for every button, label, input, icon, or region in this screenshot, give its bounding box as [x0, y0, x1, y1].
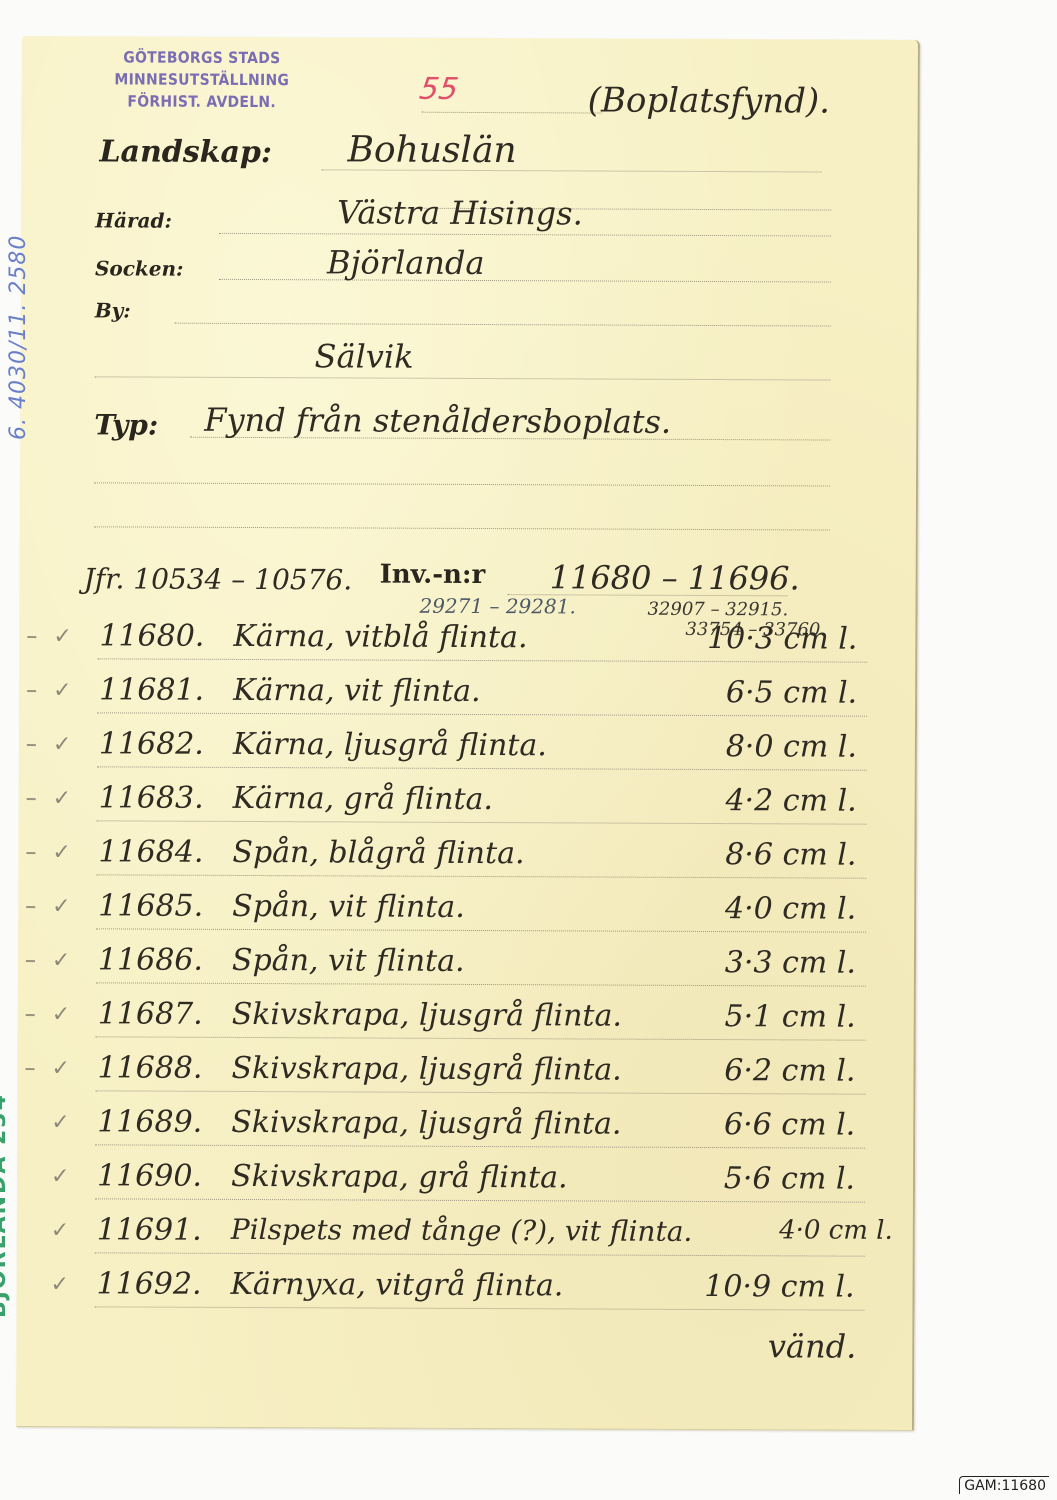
dotted-line: [97, 658, 867, 662]
item-row: ✓ 11692. Kärnyxa, vitgrå flinta. 10·9 cm…: [16, 1270, 912, 1320]
item-measurement: 6·6 cm l.: [724, 1107, 855, 1143]
item-number: 11689.: [97, 1104, 202, 1139]
landskap-value: Bohuslän: [347, 129, 516, 171]
archive-id-label: GAM:11680: [959, 1476, 1049, 1494]
extra-range: 29271 – 29281.: [419, 594, 575, 619]
item-row: ✓ 11680. Kärna, vitblå flinta. 10·3 cm l…: [19, 622, 915, 672]
socken-label: Socken:: [95, 256, 184, 280]
item-number: 11691.: [97, 1212, 202, 1247]
item-measurement: 5·6 cm l.: [724, 1161, 855, 1197]
item-number: 11682.: [99, 726, 204, 761]
pencil-dash-mark: [26, 852, 35, 854]
item-number: 11684.: [98, 834, 203, 869]
check-mark-icon: ✓: [51, 1218, 70, 1243]
dotted-line: [95, 1144, 865, 1148]
item-measurement: 4·2 cm l.: [725, 783, 856, 819]
check-mark-icon: ✓: [52, 840, 71, 865]
check-mark-icon: ✓: [51, 1164, 70, 1189]
card-number: 55: [417, 72, 460, 107]
item-measurement: 3·3 cm l.: [725, 945, 856, 981]
catalog-card: GÖTEBORGS STADS MINNESUTSTÄLLNING FÖRHIS…: [16, 36, 920, 1431]
item-measurement: 8·0 cm l.: [726, 729, 857, 765]
stamp-line: FÖRHIST. AVDELN.: [92, 90, 312, 113]
item-number: 11692.: [96, 1266, 201, 1301]
item-row: ✓ 11690. Skivskrapa, grå flinta. 5·6 cm …: [17, 1162, 913, 1212]
item-description: Kärna, ljusgrå flinta.: [233, 727, 547, 763]
item-description: Spån, vit flinta.: [232, 943, 465, 979]
check-mark-icon: ✓: [51, 1110, 70, 1135]
by-label: By:: [95, 298, 131, 322]
dotted-line: [96, 928, 866, 932]
category-note: (Boplatsfynd).: [588, 80, 830, 121]
pencil-dash-mark: [27, 690, 36, 692]
dotted-line: [219, 233, 831, 237]
item-row: ✓ 11685. Spån, vit flinta. 4·0 cm l.: [18, 892, 914, 942]
item-row: ✓ 11687. Skivskrapa, ljusgrå flinta. 5·1…: [18, 1000, 914, 1050]
inventory-range: 11680 – 11696.: [550, 558, 800, 597]
item-description: Skivskrapa, ljusgrå flinta.: [231, 1051, 621, 1088]
item-measurement: 8·6 cm l.: [725, 837, 856, 873]
dotted-line: [95, 1198, 865, 1202]
dotted-line: [219, 279, 831, 283]
pencil-dash-mark: [25, 1068, 34, 1070]
item-row: ✓ 11691. Pilspets med tånge (?), vit fli…: [17, 1216, 913, 1266]
item-number: 11688.: [97, 1050, 202, 1085]
dotted-line: [175, 323, 831, 327]
check-mark-icon: ✓: [53, 678, 72, 703]
dotted-line: [94, 1306, 864, 1310]
item-description: Kärna, vit flinta.: [233, 673, 481, 709]
item-row: ✓ 11683. Kärna, grå flinta. 4·2 cm l.: [19, 784, 915, 834]
typ-value: Fynd från stenåldersboplats.: [204, 401, 671, 441]
item-description: Spån, blågrå flinta.: [232, 835, 524, 871]
item-description: Kärna, vitblå flinta.: [233, 619, 527, 655]
dotted-line: [96, 982, 866, 986]
check-mark-icon: ✓: [53, 732, 72, 757]
item-row: ✓ 11686. Spån, vit flinta. 3·3 cm l.: [18, 946, 914, 996]
dotted-line: [95, 376, 831, 380]
item-measurement: 6·2 cm l.: [724, 1053, 855, 1089]
harad-label: Härad:: [95, 208, 172, 232]
stamp-line: GÖTEBORGS STADS: [92, 46, 312, 69]
harad-value: Västra Hisings.: [337, 193, 583, 232]
comparison-note: Jfr. 10534 – 10576.: [84, 562, 353, 596]
dotted-line: [97, 820, 867, 824]
dotted-line: [422, 112, 602, 114]
side-note-blue: 6. 4030/11. 2580: [6, 235, 31, 440]
pencil-dash-mark: [27, 744, 36, 746]
item-number: 11687.: [98, 996, 203, 1031]
socken-value: Björlanda: [327, 243, 485, 282]
check-mark-icon: ✓: [53, 786, 72, 811]
item-description: Spån, vit flinta.: [232, 889, 465, 925]
pencil-dash-mark: [26, 960, 35, 962]
item-number: 11685.: [98, 888, 203, 923]
dotted-line: [96, 1036, 866, 1040]
pencil-dash-mark: [26, 1014, 35, 1016]
dotted-line: [96, 874, 866, 878]
check-mark-icon: ✓: [50, 1272, 69, 1297]
dotted-line: [94, 482, 830, 486]
extra-range: 32907 – 32915.: [647, 599, 788, 621]
item-row: ✓ 11681. Kärna, vit flinta. 6·5 cm l.: [19, 676, 915, 726]
check-mark-icon: ✓: [51, 1056, 70, 1081]
item-measurement: 5·1 cm l.: [724, 999, 855, 1035]
check-mark-icon: ✓: [53, 624, 72, 649]
item-measurement: 10·3 cm l.: [707, 621, 857, 657]
item-description: Kärna, grå flinta.: [233, 781, 493, 817]
pencil-dash-mark: [27, 636, 36, 638]
inventory-label: Inv.-n:r: [380, 560, 486, 590]
stamp-line: MINNESUTSTÄLLNING: [92, 68, 312, 91]
item-row: ✓ 11689. Skivskrapa, ljusgrå flinta. 6·6…: [17, 1108, 913, 1158]
item-measurement: 4·0 cm l.: [779, 1215, 893, 1245]
item-description: Skivskrapa, grå flinta.: [231, 1159, 568, 1195]
item-row: ✓ 11688. Skivskrapa, ljusgrå flinta. 6·2…: [17, 1054, 913, 1104]
item-row: ✓ 11682. Kärna, ljusgrå flinta. 8·0 cm l…: [19, 730, 915, 780]
item-description: Skivskrapa, ljusgrå flinta.: [231, 1105, 621, 1142]
item-description: Pilspets med tånge (?), vit flinta.: [231, 1213, 693, 1248]
item-measurement: 4·0 cm l.: [725, 891, 856, 927]
by-extra-value: Sälvik: [315, 337, 414, 375]
item-number: 11683.: [99, 780, 204, 815]
item-number: 11686.: [98, 942, 203, 977]
check-mark-icon: ✓: [52, 1002, 71, 1027]
dotted-line: [97, 766, 867, 770]
landskap-label: Landskap:: [99, 134, 272, 170]
item-number: 11680.: [99, 618, 204, 653]
item-description: Kärnyxa, vitgrå flinta.: [230, 1267, 563, 1303]
check-mark-icon: ✓: [52, 948, 71, 973]
typ-label: Typ:: [94, 408, 158, 441]
item-number: 11681.: [99, 672, 204, 707]
turn-over-note: vänd.: [768, 1327, 857, 1365]
side-stamp-green: BJÖRLANDA 234: [0, 1093, 11, 1318]
dotted-line: [97, 712, 867, 716]
pencil-dash-mark: [27, 798, 36, 800]
pencil-dash-mark: [26, 906, 35, 908]
item-description: Skivskrapa, ljusgrå flinta.: [232, 997, 622, 1034]
dotted-line: [95, 1090, 865, 1094]
museum-stamp: GÖTEBORGS STADS MINNESUTSTÄLLNING FÖRHIS…: [92, 46, 312, 113]
item-number: 11690.: [97, 1158, 202, 1193]
item-measurement: 6·5 cm l.: [726, 675, 857, 711]
item-row: ✓ 11684. Spån, blågrå flinta. 8·6 cm l.: [18, 838, 914, 888]
dotted-line: [95, 1252, 865, 1256]
check-mark-icon: ✓: [52, 894, 71, 919]
dotted-line: [94, 526, 830, 530]
item-measurement: 10·9 cm l.: [704, 1269, 854, 1305]
